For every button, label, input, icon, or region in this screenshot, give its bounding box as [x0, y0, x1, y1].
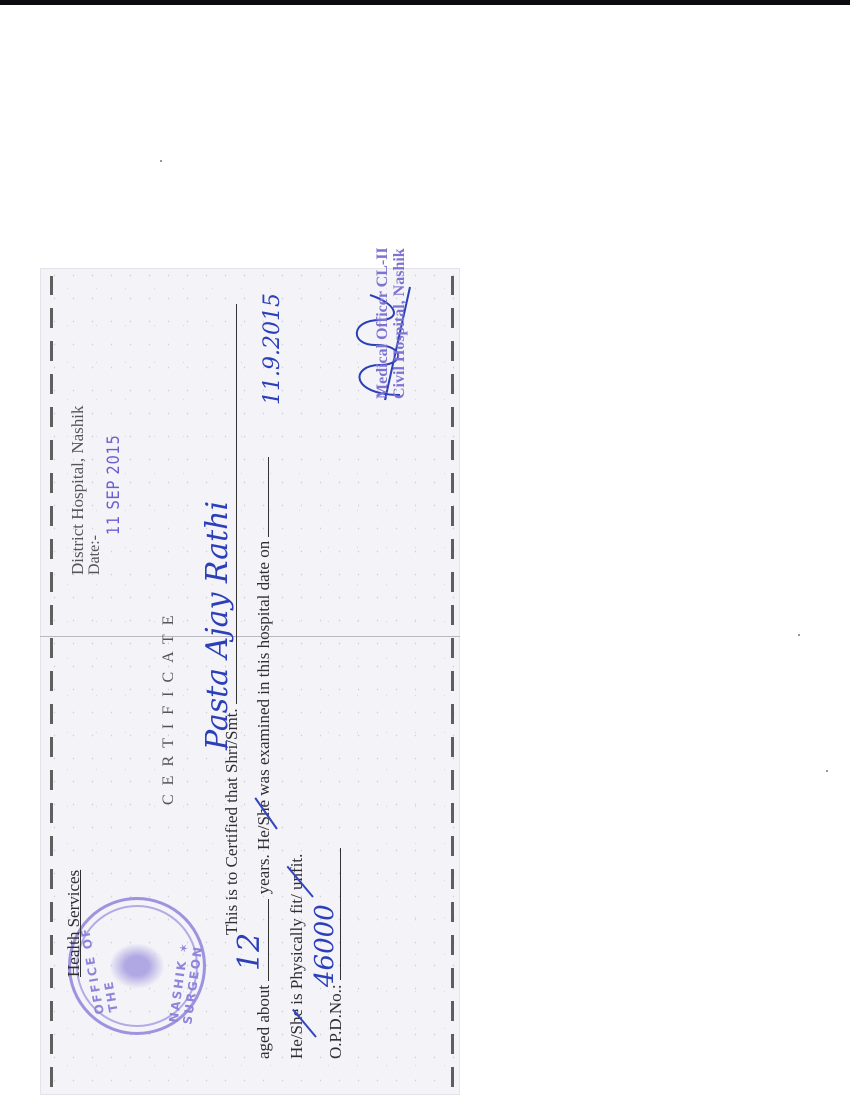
scan-border	[0, 0, 850, 5]
office-stamp: OFFICE OF THE NASHIK ✶ SURGEON	[68, 897, 206, 1035]
department-header: Health Services	[64, 870, 84, 977]
perforation-edge	[50, 276, 53, 1087]
certificate-card: OFFICE OF THE NASHIK ✶ SURGEON Health Se…	[40, 268, 460, 1095]
perforation-edge	[451, 276, 454, 1087]
scan-speck	[798, 634, 800, 636]
scan-speck	[160, 160, 162, 162]
signatory-title: Medical Officer CL-II	[374, 247, 391, 399]
opd-label: O.P.D.No.:	[326, 984, 345, 1059]
signatory-block: Medical Officer CL-II Civil Hospital, Na…	[374, 247, 408, 399]
national-emblem-icon	[109, 943, 165, 989]
fold-line	[40, 636, 460, 637]
exam-date-blank	[254, 457, 269, 537]
signatory-institution: Civil Hospital, Nashik	[391, 247, 408, 399]
exam-text: years. He/She was examined in this hospi…	[254, 541, 273, 895]
scan-speck	[826, 770, 828, 772]
hospital-header: District Hospital, Nashik	[68, 405, 88, 575]
age-handwritten: 12	[232, 933, 267, 971]
opd-number-handwritten: 46000	[310, 904, 340, 987]
exam-date-handwritten: 11.9.2015	[260, 293, 285, 405]
age-label: aged about	[254, 985, 273, 1059]
stamp-bottom-text: NASHIK ✶ SURGEON	[167, 899, 212, 1026]
certificate-title: CERTIFICATE	[160, 607, 178, 805]
patient-name-handwritten: Pasta Ajay Rathi	[200, 501, 235, 750]
date-stamp: 11 SEP 2015	[104, 434, 124, 535]
date-label: Date:-	[86, 535, 104, 575]
